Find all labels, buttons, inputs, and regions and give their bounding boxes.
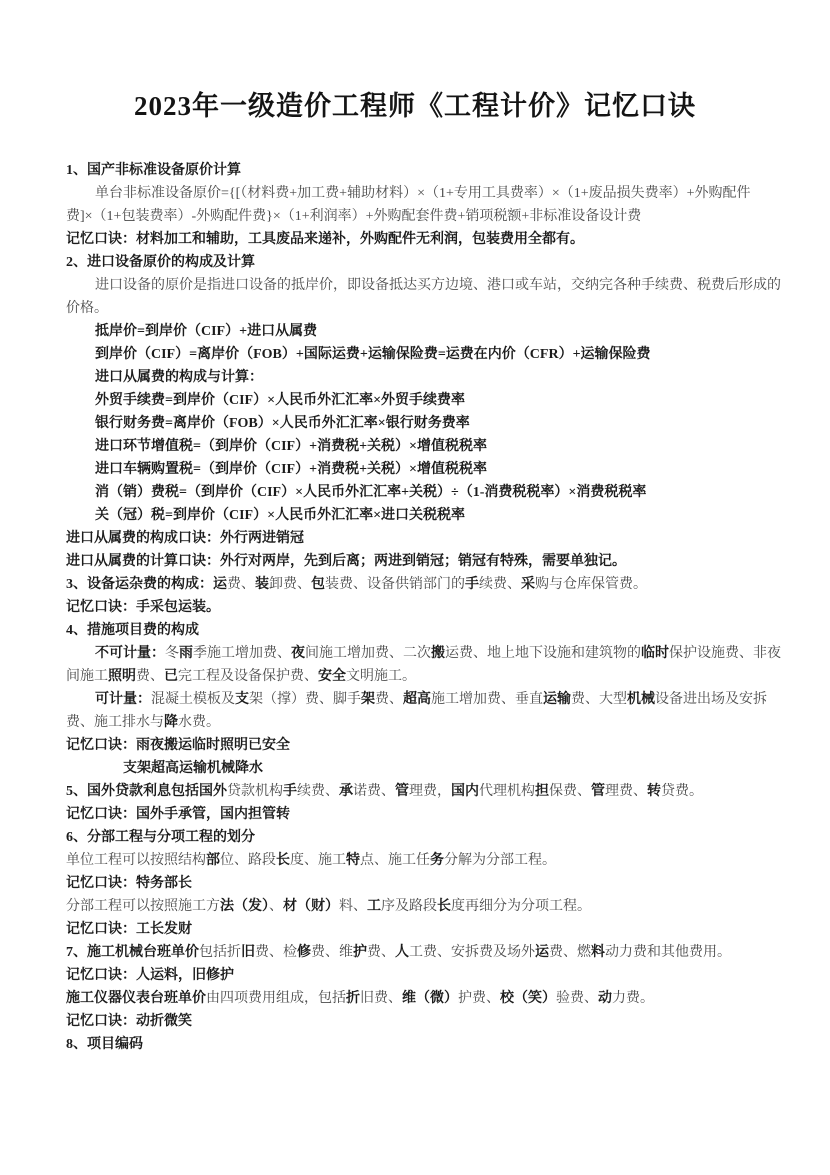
text-line: 记忆口诀：手采包运装。 <box>66 596 778 619</box>
bold-text-segment: 进口车辆购置税=（到岸价（CIF）+消费税+关税）×增值税税率 <box>95 462 487 477</box>
text-line: 费、施工排水与降水费。 <box>66 711 778 734</box>
bold-text-segment: 记忆口诀：动折微笑 <box>66 1014 192 1029</box>
text-segment: 力费。 <box>612 991 654 1006</box>
text-segment: 费、大型 <box>571 692 627 707</box>
bold-text-segment: 进口从属费的构成口诀：外行两进销冠 <box>66 531 304 546</box>
text-segment: 理费， <box>409 784 451 799</box>
text-line: 记忆口诀：人运料，旧修护 <box>66 964 778 987</box>
bold-text-segment: 料 <box>591 945 605 960</box>
text-segment: 费、 <box>227 577 255 592</box>
bold-text-segment: 临时 <box>641 646 669 661</box>
text-line: 关（冠）税=到岸价（CIF）×人民币外汇汇率×进口关税税率 <box>66 504 778 527</box>
text-line: 3、设备运杂费的构成：运费、装卸费、包装费、设备供销部门的手续费、采购与仓库保管… <box>66 573 778 596</box>
text-line: 记忆口诀：动折微笑 <box>66 1010 778 1033</box>
text-segment: 架（撑）费、脚手 <box>249 692 361 707</box>
bold-text-segment: 修 <box>297 945 311 960</box>
bold-text-segment: 可计量： <box>95 692 151 707</box>
text-segment: 贷费。 <box>661 784 703 799</box>
text-segment: 间施工增加费、二次 <box>305 646 431 661</box>
text-segment: 购与仓库保管费。 <box>535 577 647 592</box>
text-segment: 费、 <box>367 945 395 960</box>
text-segment: 单位工程可以按照结构 <box>66 853 206 868</box>
bold-text-segment: 进口从属费的计算口诀：外行对两岸，先到后离；两进到销冠；销冠有特殊，需要单独记。 <box>66 554 626 569</box>
text-segment: 序及路段 <box>381 899 437 914</box>
bold-text-segment: 校（笑） <box>500 991 556 1006</box>
bold-text-segment: 超高 <box>403 692 431 707</box>
text-line: 4、措施项目费的构成 <box>66 619 778 642</box>
bold-text-segment: 8、项目编码 <box>66 1037 143 1052</box>
bold-text-segment: 4、措施项目费的构成 <box>66 623 199 638</box>
bold-text-segment: 到岸价（CIF）=离岸价（FOB）+国际运费+运输保险费=运费在内价（CFR）+… <box>95 347 651 362</box>
bold-text-segment: 材（财） <box>283 899 339 914</box>
bold-text-segment: 消（销）费税=（到岸价（CIF）×人民币外汇汇率+关税）÷（1-消费税税率）×消… <box>95 485 646 500</box>
bold-text-segment: 维（微） <box>402 991 458 1006</box>
bold-text-segment: 旧 <box>241 945 255 960</box>
text-line: 抵岸价=到岸价（CIF）+进口从属费 <box>66 320 778 343</box>
document-page: 2023年一级造价工程师《工程计价》记忆口诀 1、国产非标准设备原价计算单台非标… <box>0 0 830 1175</box>
bold-text-segment: 支架超高运输机械降水 <box>123 761 263 776</box>
bold-text-segment: 记忆口诀：国外手承管，国内担管转 <box>66 807 290 822</box>
text-line: 分部工程可以按照施工方法（发）、材（财）料、工序及路段长度再细分为分项工程。 <box>66 895 778 918</box>
bold-text-segment: 搬 <box>431 646 445 661</box>
bold-text-segment: 工 <box>367 899 381 914</box>
text-segment: 分部工程可以按照施工方 <box>66 899 220 914</box>
bold-text-segment: 记忆口诀：材料加工和辅助，工具废品来递补，外购配件无利润，包装费用全都有。 <box>66 232 584 247</box>
bold-text-segment: 2、进口设备原价的构成及计算 <box>66 255 255 270</box>
text-segment: 分解为分部工程。 <box>444 853 556 868</box>
text-segment: 保护设施费、非夜 <box>669 646 781 661</box>
bold-text-segment: 采 <box>521 577 535 592</box>
bold-text-segment: 部 <box>206 853 220 868</box>
text-line: 进口车辆购置税=（到岸价（CIF）+消费税+关税）×增值税税率 <box>66 458 778 481</box>
bold-text-segment: 银行财务费=离岸价（FOB）×人民币外汇汇率×银行财务费率 <box>95 416 470 431</box>
bold-text-segment: 人 <box>395 945 409 960</box>
document-body: 1、国产非标准设备原价计算单台非标准设备原价={[（材料费+加工费+辅助材料）×… <box>66 159 778 1056</box>
bold-text-segment: 关（冠）税=到岸价（CIF）×人民币外汇汇率×进口关税税率 <box>95 508 465 523</box>
bold-text-segment: 雨 <box>179 646 193 661</box>
document-title: 2023年一级造价工程师《工程计价》记忆口诀 <box>0 84 830 123</box>
bold-text-segment: 5、国外贷款利息包括国外 <box>66 784 227 799</box>
text-segment: 包括折 <box>199 945 241 960</box>
bold-text-segment: 担 <box>535 784 549 799</box>
bold-text-segment: 3、设备运杂费的构成： <box>66 577 213 592</box>
text-line: 记忆口诀：雨夜搬运临时照明已安全 <box>66 734 778 757</box>
bold-text-segment: 法（发） <box>220 899 269 914</box>
bold-text-segment: 包 <box>311 577 325 592</box>
bold-text-segment: 长 <box>437 899 451 914</box>
text-line: 施工仪器仪表台班单价由四项费用组成，包括折旧费、维（微）护费、校（笑）验费、动力… <box>66 987 778 1010</box>
text-line: 银行财务费=离岸价（FOB）×人民币外汇汇率×银行财务费率 <box>66 412 778 435</box>
bold-text-segment: 特 <box>346 853 360 868</box>
text-line: 进口环节增值税=（到岸价（CIF）+消费税+关税）×增值税税率 <box>66 435 778 458</box>
bold-text-segment: 照明 <box>108 669 136 684</box>
text-line: 价格。 <box>66 297 778 320</box>
bold-text-segment: 不可计量： <box>95 646 165 661</box>
bold-text-segment: 管 <box>395 784 409 799</box>
bold-text-segment: 运输 <box>543 692 571 707</box>
text-line: 单位工程可以按照结构部位、路段长度、施工特点、施工任务分解为分部工程。 <box>66 849 778 872</box>
bold-text-segment: 机械 <box>627 692 655 707</box>
text-line: 外贸手续费=到岸价（CIF）×人民币外汇汇率×外贸手续费率 <box>66 389 778 412</box>
text-line: 7、施工机械台班单价包括折旧费、检修费、维护费、人工费、安拆费及场外运费、燃料动… <box>66 941 778 964</box>
bold-text-segment: 管 <box>591 784 605 799</box>
bold-text-segment: 装 <box>255 577 269 592</box>
text-segment: 费、施工排水与 <box>66 715 164 730</box>
bold-text-segment: 记忆口诀：手采包运装。 <box>66 600 220 615</box>
text-line: 消（销）费税=（到岸价（CIF）×人民币外汇汇率+关税）÷（1-消费税税率）×消… <box>66 481 778 504</box>
bold-text-segment: 记忆口诀：雨夜搬运临时照明已安全 <box>66 738 290 753</box>
text-segment: 位、路段 <box>220 853 276 868</box>
text-segment: 卸费、 <box>269 577 311 592</box>
bold-text-segment: 折 <box>346 991 360 1006</box>
bold-text-segment: 进口从属费的构成与计算： <box>95 370 263 385</box>
text-line: 可计量：混凝土模板及支架（撑）费、脚手架费、超高施工增加费、垂直运输费、大型机械… <box>66 688 778 711</box>
text-segment: 文明施工。 <box>346 669 416 684</box>
bold-text-segment: 夜 <box>291 646 305 661</box>
bold-text-segment: 护 <box>353 945 367 960</box>
text-segment: 料、 <box>339 899 367 914</box>
text-line: 费]×（1+包装费率）-外购配件费}×（1+利润率）+外购配套件费+销项税额+非… <box>66 205 778 228</box>
bold-text-segment: 国内 <box>451 784 479 799</box>
bold-text-segment: 进口环节增值税=（到岸价（CIF）+消费税+关税）×增值税税率 <box>95 439 487 454</box>
text-line: 2、进口设备原价的构成及计算 <box>66 251 778 274</box>
text-segment: 理费、 <box>605 784 647 799</box>
text-line: 8、项目编码 <box>66 1033 778 1056</box>
bold-text-segment: 运 <box>535 945 549 960</box>
text-segment: 混凝土模板及 <box>151 692 235 707</box>
bold-text-segment: 施工仪器仪表台班单价 <box>66 991 206 1006</box>
text-segment: 单台非标准设备原价={[（材料费+加工费+辅助材料）×（1+专用工具费率）×（1… <box>95 186 751 201</box>
bold-text-segment: 抵岸价=到岸价（CIF）+进口从属费 <box>95 324 317 339</box>
bold-text-segment: 支 <box>235 692 249 707</box>
text-segment: 护费、 <box>458 991 500 1006</box>
text-segment: 续费、 <box>479 577 521 592</box>
text-line: 记忆口诀：材料加工和辅助，工具废品来递补，外购配件无利润，包装费用全都有。 <box>66 228 778 251</box>
text-segment: 工费、安拆费及场外 <box>409 945 535 960</box>
bold-text-segment: 手 <box>465 577 479 592</box>
text-segment: 诺费、 <box>353 784 395 799</box>
text-line: 进口设备的原价是指进口设备的抵岸价，即设备抵达买方边境、港口或车站，交纳完各种手… <box>66 274 778 297</box>
text-segment: 点、施工任 <box>360 853 430 868</box>
text-segment: 设备进出场及安拆 <box>655 692 767 707</box>
text-line: 6、分部工程与分项工程的划分 <box>66 826 778 849</box>
bold-text-segment: 记忆口诀：特务部长 <box>66 876 192 891</box>
text-line: 5、国外贷款利息包括国外贷款机构手续费、承诺费、管理费，国内代理机构担保费、管理… <box>66 780 778 803</box>
text-segment: 完工程及设备保护费、 <box>178 669 318 684</box>
bold-text-segment: 记忆口诀：人运料，旧修护 <box>66 968 234 983</box>
text-segment: 续费、 <box>297 784 339 799</box>
text-segment: 旧费、 <box>360 991 402 1006</box>
text-line: 1、国产非标准设备原价计算 <box>66 159 778 182</box>
text-line: 记忆口诀：国外手承管，国内担管转 <box>66 803 778 826</box>
text-segment: 进口设备的原价是指进口设备的抵岸价，即设备抵达买方边境、港口或车站，交纳完各种手… <box>95 278 781 293</box>
text-segment: 度、施工 <box>290 853 346 868</box>
bold-text-segment: 记忆口诀：工长发财 <box>66 922 192 937</box>
text-line: 支架超高运输机械降水 <box>66 757 778 780</box>
text-segment: 动力费和其他费用。 <box>605 945 731 960</box>
bold-text-segment: 已 <box>164 669 178 684</box>
text-line: 进口从属费的构成与计算： <box>66 366 778 389</box>
text-line: 单台非标准设备原价={[（材料费+加工费+辅助材料）×（1+专用工具费率）×（1… <box>66 182 778 205</box>
text-segment: 代理机构 <box>479 784 535 799</box>
text-line: 不可计量：冬雨季施工增加费、夜间施工增加费、二次搬运费、地上地下设施和建筑物的临… <box>66 642 778 665</box>
bold-text-segment: 运 <box>213 577 227 592</box>
text-line: 间施工照明费、已完工程及设备保护费、安全文明施工。 <box>66 665 778 688</box>
text-line: 到岸价（CIF）=离岸价（FOB）+国际运费+运输保险费=运费在内价（CFR）+… <box>66 343 778 366</box>
bold-text-segment: 7、施工机械台班单价 <box>66 945 199 960</box>
text-segment: 、 <box>269 899 283 914</box>
text-segment: 保费、 <box>549 784 591 799</box>
text-segment: 费、检 <box>255 945 297 960</box>
text-line: 进口从属费的构成口诀：外行两进销冠 <box>66 527 778 550</box>
text-segment: 季施工增加费、 <box>193 646 291 661</box>
text-segment: 间施工 <box>66 669 108 684</box>
bold-text-segment: 1、国产非标准设备原价计算 <box>66 163 241 178</box>
text-segment: 价格。 <box>66 301 108 316</box>
text-line: 记忆口诀：工长发财 <box>66 918 778 941</box>
text-line: 记忆口诀：特务部长 <box>66 872 778 895</box>
text-segment: 冬 <box>165 646 179 661</box>
bold-text-segment: 转 <box>647 784 661 799</box>
text-segment: 运费、地上地下设施和建筑物的 <box>445 646 641 661</box>
bold-text-segment: 6、分部工程与分项工程的划分 <box>66 830 255 845</box>
text-segment: 装费、设备供销部门的 <box>325 577 465 592</box>
bold-text-segment: 务 <box>430 853 444 868</box>
text-segment: 由四项费用组成，包括 <box>206 991 346 1006</box>
bold-text-segment: 架 <box>361 692 375 707</box>
bold-text-segment: 承 <box>339 784 353 799</box>
text-segment: 费、 <box>136 669 164 684</box>
text-segment: 费]×（1+包装费率）-外购配件费}×（1+利润率）+外购配套件费+销项税额+非… <box>66 209 641 224</box>
bold-text-segment: 手 <box>283 784 297 799</box>
bold-text-segment: 降 <box>164 715 178 730</box>
bold-text-segment: 安全 <box>318 669 346 684</box>
bold-text-segment: 长 <box>276 853 290 868</box>
text-segment: 费、维 <box>311 945 353 960</box>
text-segment: 水费。 <box>178 715 220 730</box>
text-segment: 费、 <box>375 692 403 707</box>
text-segment: 施工增加费、垂直 <box>431 692 543 707</box>
bold-text-segment: 动 <box>598 991 612 1006</box>
text-segment: 度再细分为分项工程。 <box>451 899 591 914</box>
text-segment: 验费、 <box>556 991 598 1006</box>
text-segment: 费、燃 <box>549 945 591 960</box>
bold-text-segment: 外贸手续费=到岸价（CIF）×人民币外汇汇率×外贸手续费率 <box>95 393 465 408</box>
text-line: 进口从属费的计算口诀：外行对两岸，先到后离；两进到销冠；销冠有特殊，需要单独记。 <box>66 550 778 573</box>
text-segment: 贷款机构 <box>227 784 283 799</box>
